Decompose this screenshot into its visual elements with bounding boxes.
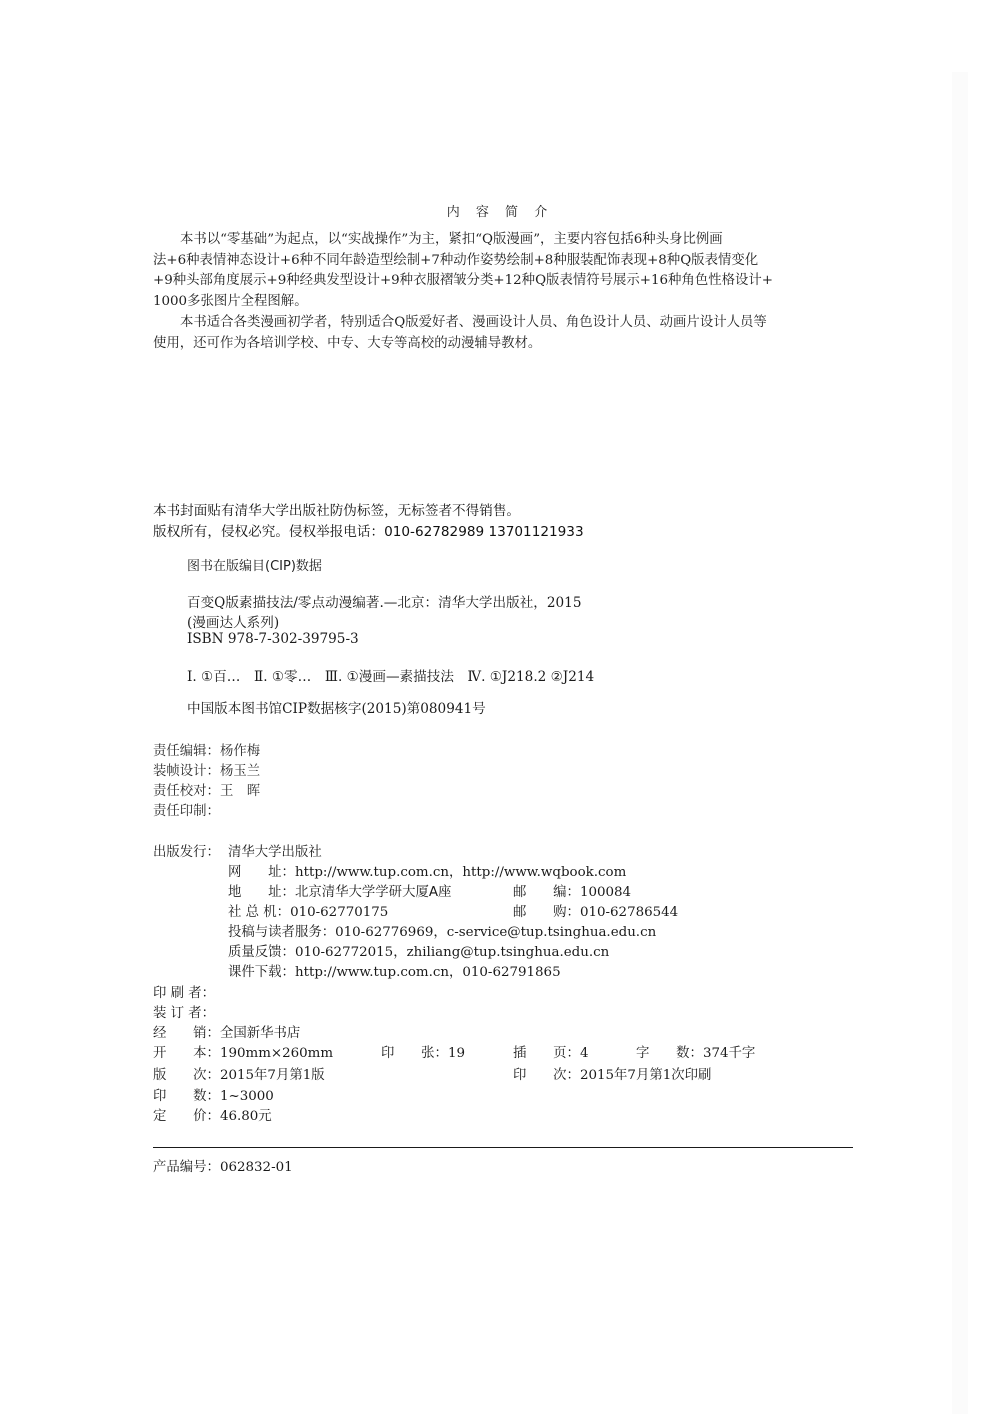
words-row: 字 数：374千字 [636, 1042, 755, 1061]
staff-label: 责任编辑： [153, 744, 220, 759]
print-run-label: 印 数： [153, 1089, 220, 1104]
cip-classification: Ⅰ. ①百… Ⅱ. ①零… Ⅲ. ①漫画—素描技法 Ⅳ. ①J218.2 ②J2… [187, 665, 594, 685]
publisher-address-row: 地 址：北京清华大学学研大厦A座 [228, 881, 451, 900]
publisher-label: 出版发行： [153, 841, 220, 860]
page-edge-shadow [952, 72, 968, 1414]
switchboard-label: 社 总 机： [228, 905, 290, 920]
staff-label: 装帧设计： [153, 764, 220, 779]
mail-order-value: 010-62786544 [580, 905, 678, 920]
plates-label: 插 页： [513, 1046, 580, 1061]
copyright-notice: 版权所有，侵权必究。侵权举报电话：010-62782989 1370112193… [153, 520, 584, 540]
cip-record-number: 中国版本图书馆CIP数据核字(2015)第080941号 [187, 697, 486, 717]
postcode-value: 100084 [580, 885, 631, 900]
impression-row: 印 次：2015年7月第1次印刷 [513, 1064, 711, 1083]
plates-value: 4 [580, 1046, 589, 1061]
publisher-switchboard-row: 社 总 机：010-62770175 [228, 901, 388, 920]
sheets-row: 印 张：19 [381, 1042, 465, 1061]
edition-value: 2015年7月第1版 [220, 1068, 325, 1083]
distributor-row: 经 销：全国新华书店 [153, 1022, 300, 1041]
postcode-label: 邮 编： [513, 885, 580, 900]
price-label: 定 价： [153, 1109, 220, 1124]
summary-paragraph-2: 本书适合各类漫画初学者，特别适合Q版爱好者、漫画设计人员、角色设计人员、动画片设… [153, 313, 853, 354]
cip-title-line: 百变Q版素描技法/零点动漫编著.—北京：清华大学出版社，2015 [187, 591, 581, 611]
mail-order-label: 邮 购： [513, 905, 580, 920]
words-value: 374千字 [703, 1046, 755, 1061]
staff-value: 杨作梅 [220, 744, 260, 759]
switchboard-value: 010-62770175 [290, 905, 388, 920]
edition-row: 版 次：2015年7月第1版 [153, 1064, 325, 1083]
summary-p1-line-1: 本书以“零基础”为起点，以“实战操作”为主，紧扣“Q版漫画”，主要内容包括6种头… [153, 230, 853, 251]
staff-proofreader: 责任校对：王 晖 [153, 780, 260, 799]
words-label: 字 数： [636, 1046, 703, 1061]
product-code: 产品编号：062832-01 [153, 1156, 293, 1175]
distributor-label: 经 销： [153, 1026, 220, 1041]
summary-p1-line-3: +9种头部角度展示+9种经典发型设计+9种衣服褶皱分类+12种Q版表情符号展示+… [153, 271, 853, 292]
summary-title: 内 容 简 介 [0, 201, 1000, 220]
publisher-postcode-row: 邮 编：100084 [513, 881, 631, 900]
edition-label: 版 次： [153, 1068, 220, 1083]
address-value: 北京清华大学学研大厦A座 [295, 885, 451, 900]
format-label: 开 本： [153, 1046, 220, 1061]
plates-row: 插 页：4 [513, 1042, 588, 1061]
printer-label: 印 刷 者： [153, 982, 215, 1001]
sheets-label: 印 张： [381, 1046, 448, 1061]
cip-series: (漫画达人系列) [187, 611, 279, 631]
website-value: http://www.tup.com.cn，http://www.wqbook.… [295, 865, 626, 880]
address-label: 地 址： [228, 885, 295, 900]
format-value: 190mm×260mm [220, 1046, 333, 1061]
staff-print-supervisor: 责任印制： [153, 800, 220, 819]
website-label: 网 址： [228, 865, 295, 880]
cip-isbn: ISBN 978-7-302-39795-3 [187, 631, 359, 647]
staff-label: 责任印制： [153, 804, 220, 819]
impression-value: 2015年7月第1次印刷 [580, 1068, 711, 1083]
staff-label: 责任校对： [153, 784, 220, 799]
reader-service-line: 投稿与读者服务：010-62776969，c-service@tup.tsing… [228, 921, 656, 940]
publisher-name: 清华大学出版社 [228, 841, 322, 860]
price-value: 46.80元 [220, 1109, 272, 1124]
summary-p1-line-4: 1000多张图片全程图解。 [153, 292, 853, 313]
print-run-row: 印 数：1~3000 [153, 1085, 274, 1104]
print-run-value: 1~3000 [220, 1089, 274, 1104]
publisher-website-row: 网 址：http://www.tup.com.cn，http://www.wqb… [228, 861, 626, 880]
cip-heading: 图书在版编目(CIP)数据 [187, 555, 322, 574]
staff-value: 杨玉兰 [220, 764, 260, 779]
sheets-value: 19 [448, 1046, 465, 1061]
summary-paragraph-1: 本书以“零基础”为起点，以“实战操作”为主，紧扣“Q版漫画”，主要内容包括6种头… [153, 230, 853, 313]
quality-feedback-line: 质量反馈：010-62772015，zhiliang@tup.tsinghua.… [228, 941, 609, 960]
distributor-value: 全国新华书店 [220, 1026, 300, 1041]
staff-designer: 装帧设计：杨玉兰 [153, 760, 260, 779]
anti-counterfeit-notice: 本书封面贴有清华大学出版社防伪标签，无标签者不得销售。 [153, 499, 520, 519]
binder-label: 装 订 者： [153, 1002, 215, 1021]
staff-editor: 责任编辑：杨作梅 [153, 740, 260, 759]
summary-p1-line-2: 法+6种表情神态设计+6种不同年龄造型绘制+7种动作姿势绘制+8种服装配饰表现+… [153, 251, 853, 272]
footer-divider [153, 1147, 853, 1148]
staff-value: 王 晖 [220, 784, 260, 799]
impression-label: 印 次： [513, 1068, 580, 1083]
summary-p2-line-2: 使用，还可作为各培训学校、中专、大专等高校的动漫辅导教材。 [153, 334, 853, 355]
price-row: 定 价：46.80元 [153, 1105, 272, 1124]
summary-p2-line-1: 本书适合各类漫画初学者，特别适合Q版爱好者、漫画设计人员、角色设计人员、动画片设… [153, 313, 853, 334]
format-row: 开 本：190mm×260mm [153, 1042, 333, 1061]
publisher-mail-order-row: 邮 购：010-62786544 [513, 901, 678, 920]
courseware-line: 课件下载：http://www.tup.com.cn，010-62791865 [228, 961, 561, 980]
